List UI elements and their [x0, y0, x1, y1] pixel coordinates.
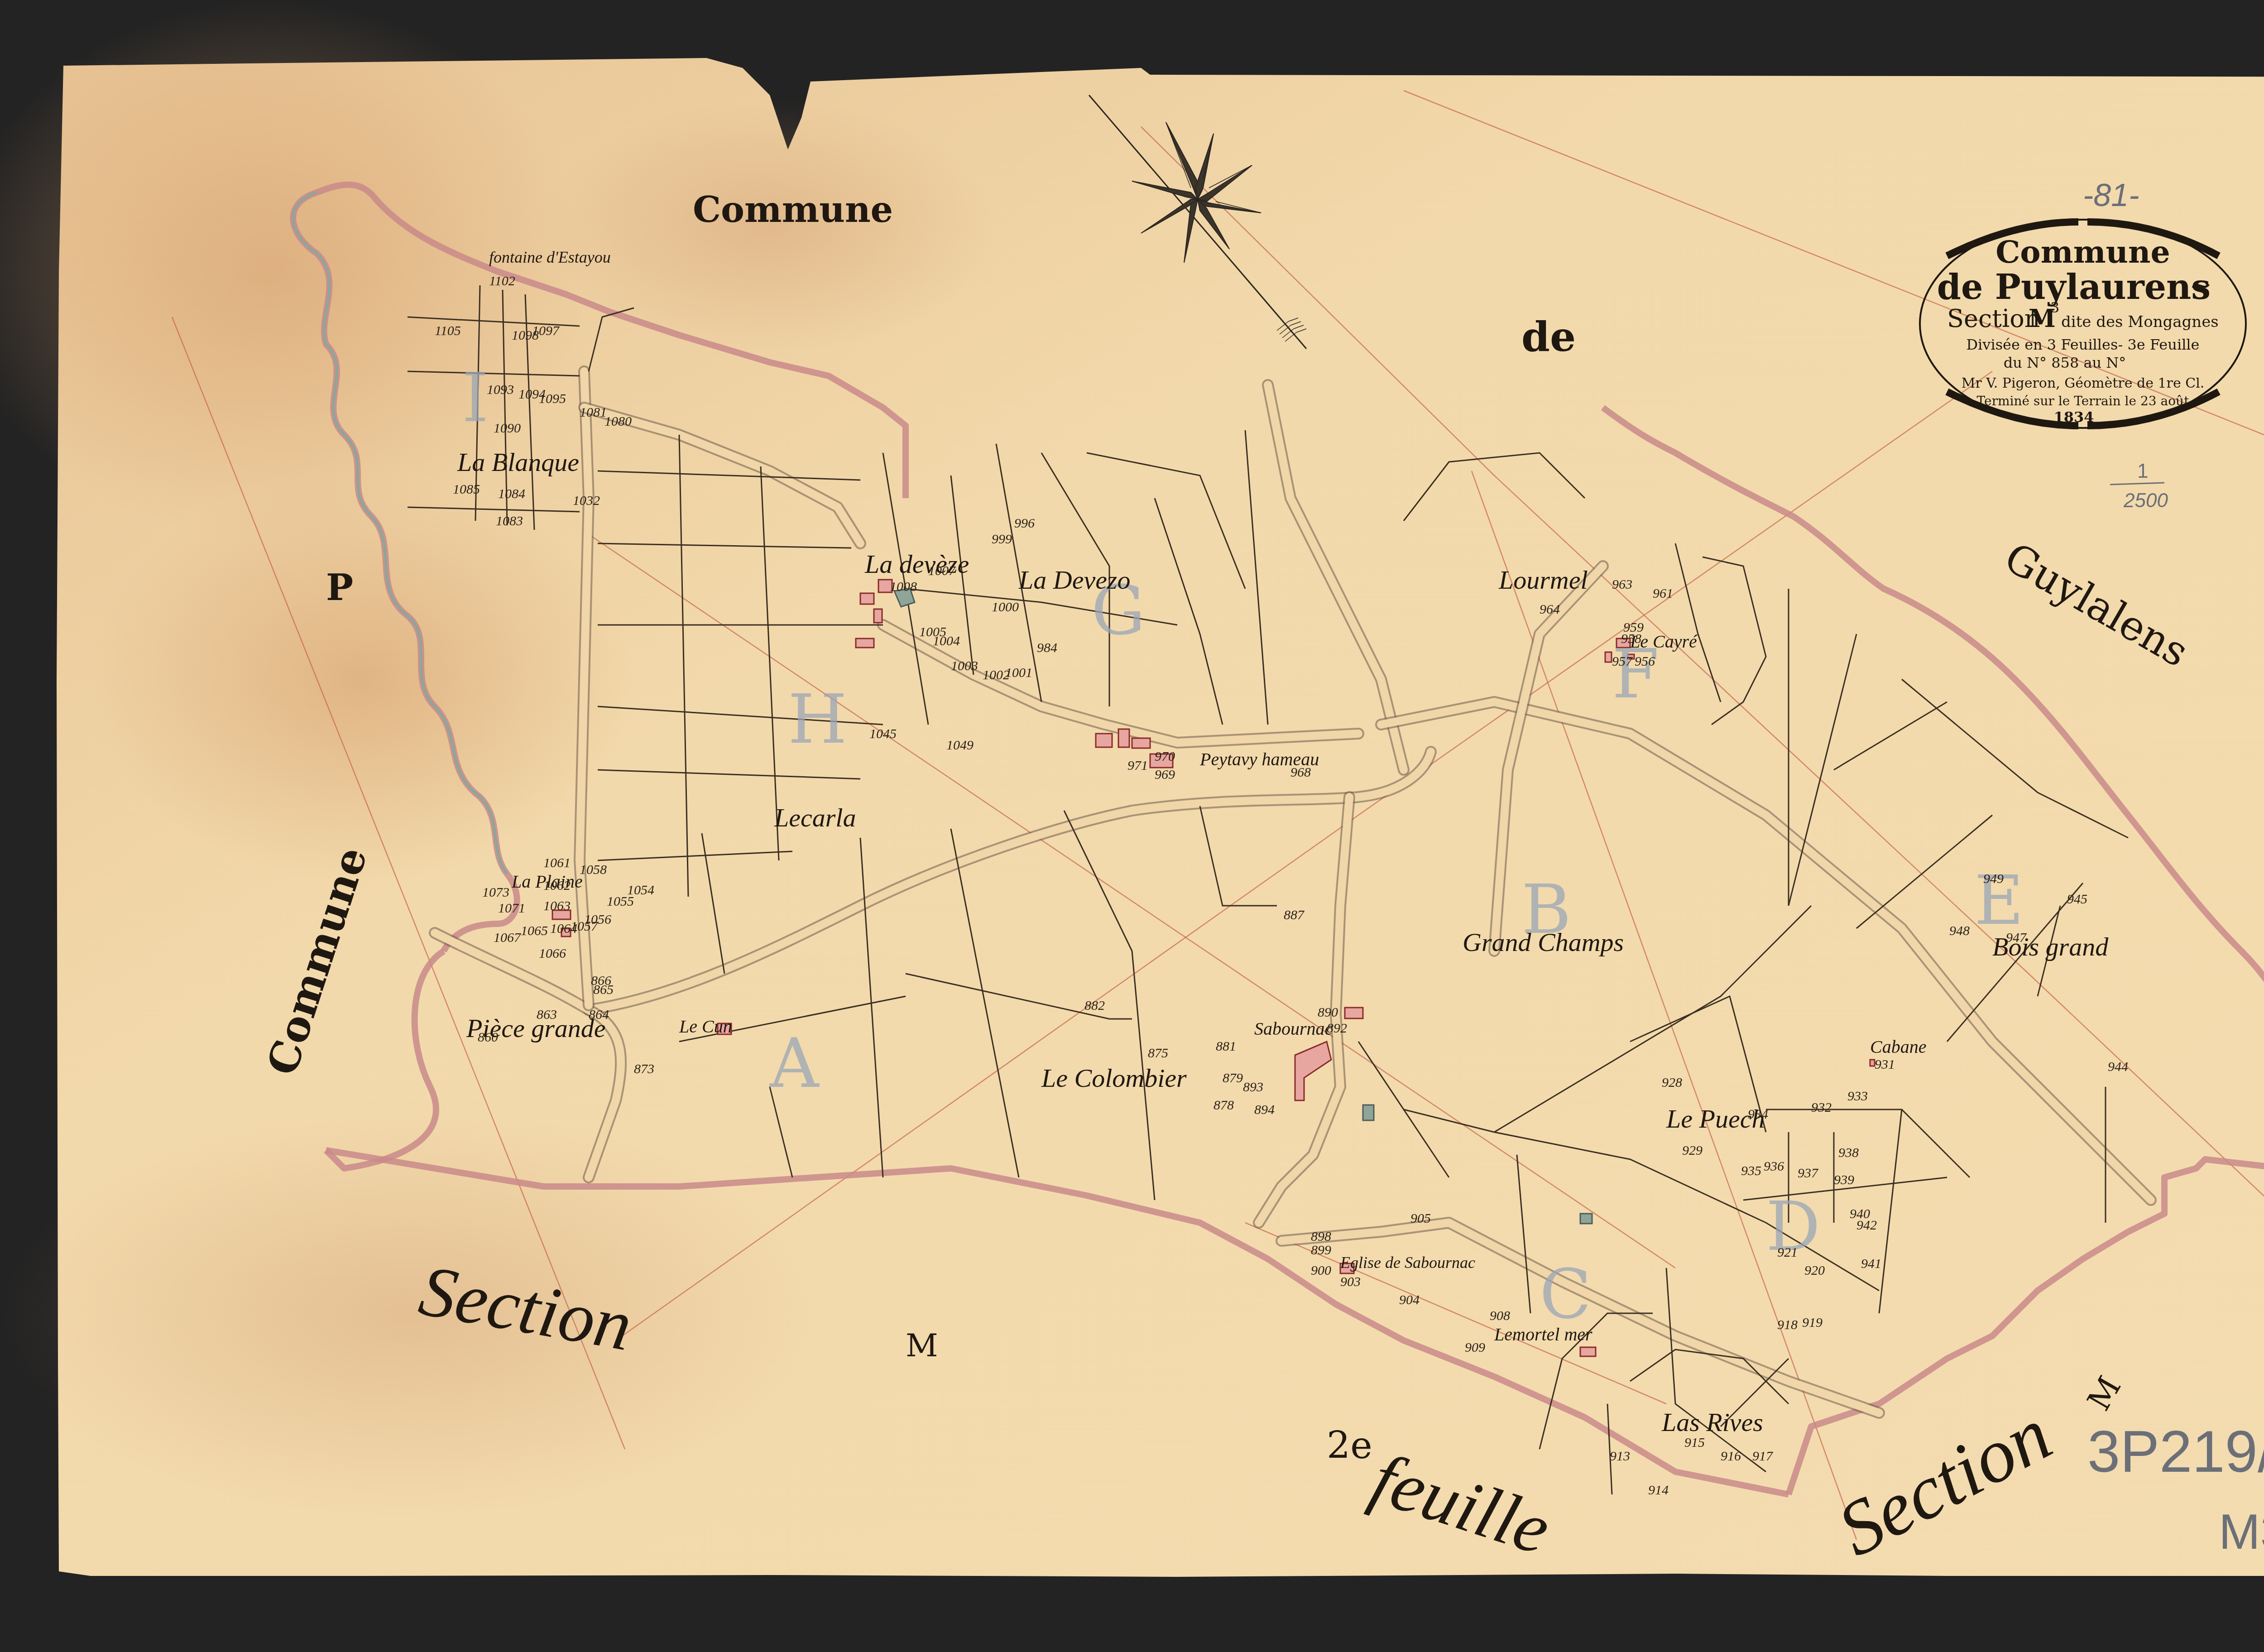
- parcel-number: 913: [1610, 1449, 1630, 1464]
- parcel-number: 920: [1804, 1263, 1825, 1278]
- parcel-number: 900: [1311, 1263, 1331, 1278]
- label-feuille-number: 2e: [1327, 1424, 1372, 1467]
- parcel-number: 945: [2067, 892, 2087, 907]
- parcel-number: 890: [1318, 1005, 1338, 1020]
- parcel-number: 917: [1752, 1449, 1774, 1464]
- parcel-number: 1054: [627, 883, 654, 898]
- place-name: Sabournac: [1254, 1018, 1333, 1039]
- parcel-number: 932: [1811, 1100, 1832, 1115]
- parcel-number: 879: [1223, 1071, 1243, 1085]
- parcel-number: 894: [1254, 1102, 1275, 1117]
- parcel-number: 933: [1847, 1089, 1868, 1104]
- corner-code: M3: [2219, 1504, 2264, 1560]
- parcel-number: 984: [1037, 640, 1057, 655]
- parcel-number: 898: [1311, 1229, 1331, 1244]
- parcel-number: 878: [1214, 1098, 1234, 1113]
- parcel-number: 1045: [869, 726, 897, 741]
- parcel-number: 1094: [518, 387, 546, 402]
- building: [1118, 729, 1129, 747]
- parcel-number: 1003: [951, 658, 978, 673]
- building: [874, 609, 882, 623]
- parcel-number: 921: [1777, 1245, 1798, 1260]
- pond: [1363, 1105, 1374, 1120]
- parcel-number: 1058: [580, 862, 607, 877]
- parcel-number: 1093: [487, 382, 514, 397]
- parcel-number: 1105: [435, 323, 461, 338]
- building: [1132, 738, 1150, 748]
- parcel-number: 863: [537, 1007, 557, 1022]
- parcel-number: 915: [1684, 1435, 1705, 1450]
- building: [1580, 1347, 1596, 1356]
- scale-denominator: 2500: [2123, 490, 2168, 512]
- parcel-number: 928: [1662, 1075, 1682, 1090]
- parcel-number: 905: [1410, 1211, 1431, 1226]
- parcel-number: 1090: [494, 421, 521, 436]
- parcel-number: 892: [1327, 1021, 1347, 1036]
- label-p: P: [326, 566, 353, 609]
- parcel-number: 1008: [890, 579, 917, 594]
- parcel-number: 1001: [1005, 665, 1032, 680]
- parcel-number: 919: [1802, 1315, 1823, 1330]
- parcel-number: 934: [1748, 1107, 1768, 1122]
- parcel-number: 893: [1243, 1080, 1263, 1095]
- parcel-number: 936: [1764, 1159, 1784, 1174]
- place-name: Grand Champs: [1463, 927, 1624, 957]
- cartouche-completed: Terminé sur le Terrain le 23 août: [1977, 394, 2190, 408]
- parcel-number: 1073: [482, 885, 509, 900]
- parcel-number: 875: [1148, 1046, 1168, 1061]
- parcel-number: 935: [1741, 1163, 1761, 1178]
- parcel-number: 1061: [543, 855, 571, 870]
- parcel-number: 909: [1465, 1340, 1485, 1355]
- parcel-number: 949: [1983, 871, 2004, 886]
- scale-numerator: 1: [2137, 460, 2148, 482]
- cartouche-section-prefix: Section: [1947, 304, 2040, 333]
- parcel-number: 1063: [543, 898, 571, 913]
- cartouche-section-sup: 3: [2050, 299, 2059, 316]
- parcel-number: 961: [1653, 586, 1673, 601]
- section-letter-c: C: [1540, 1255, 1592, 1334]
- parcel-number: 939: [1834, 1172, 1854, 1187]
- flourish-icon: ~: [2189, 269, 2212, 301]
- parcel-number: 1065: [521, 923, 548, 938]
- parcel-number: 956: [1635, 654, 1655, 669]
- stain: [91, 475, 634, 883]
- parcel-number: 957: [1612, 654, 1633, 669]
- cartouche-line2: de Puylaurens: [1937, 267, 2211, 307]
- place-name: La Blanque: [457, 447, 579, 477]
- shelfmark: 3P219/93: [2087, 1418, 2264, 1484]
- place-name: Lourmel: [1498, 565, 1588, 595]
- parcel-number: 918: [1777, 1317, 1798, 1332]
- place-name: Cabane: [1870, 1037, 1926, 1057]
- section-letter-a: A: [769, 1024, 820, 1103]
- parcel-number: 964: [1540, 602, 1560, 617]
- parcel-number: 1049: [946, 738, 974, 753]
- parcel-number: 1004: [933, 634, 960, 648]
- cartouche-surveyor: Mr V. Pigeron, Géomètre de 1re Cl.: [1962, 375, 2205, 391]
- parcel-number: 1102: [489, 274, 515, 288]
- parcel-number: 866: [591, 973, 611, 988]
- place-name: Lemortel mer: [1494, 1324, 1592, 1345]
- parcel-number: 942: [1856, 1218, 1877, 1233]
- parcel-number: 1084: [498, 486, 525, 501]
- cartouche-line1: Commune: [1995, 234, 2170, 270]
- parcel-number: 947: [2006, 930, 2027, 945]
- pond: [1580, 1214, 1592, 1224]
- building: [1345, 1008, 1363, 1018]
- parcel-number: 971: [1127, 758, 1148, 773]
- parcel-number: 903: [1340, 1274, 1361, 1289]
- parcel-number: 999: [992, 532, 1012, 547]
- place-name: La Devezo: [1018, 565, 1130, 595]
- parcel-number: 937: [1798, 1166, 1819, 1181]
- parcel-number: 1066: [539, 946, 566, 961]
- parcel-number: 970: [1155, 749, 1175, 764]
- parcel-number: 938: [1838, 1145, 1859, 1160]
- place-name: Le Cun: [679, 1016, 732, 1037]
- parcel-number: 914: [1648, 1483, 1669, 1498]
- parcel-number: 864: [589, 1007, 609, 1022]
- parcel-number: 916: [1721, 1449, 1741, 1464]
- cartouche-year: 1834: [2053, 408, 2094, 426]
- parcel-number: 1080: [604, 414, 632, 429]
- label-m-bottom-left: M: [906, 1327, 938, 1364]
- parcel-number: 1085: [453, 482, 480, 497]
- section-letter-i: I: [462, 359, 489, 437]
- building: [1605, 652, 1612, 662]
- parcel-number: 948: [1949, 923, 1970, 938]
- section-letter-h: H: [788, 680, 847, 759]
- parcel-number: 881: [1216, 1039, 1236, 1054]
- building: [856, 639, 874, 648]
- parcel-number: 899: [1311, 1243, 1331, 1258]
- parcel-number: 882: [1084, 998, 1105, 1013]
- cadastral-map: Commune de Guylalens Commune P Section M…: [0, 0, 2264, 1652]
- stain: [0, 1109, 815, 1517]
- building: [860, 593, 874, 604]
- parcel-number: 1067: [494, 930, 522, 945]
- cartouche-division: Divisée en 3 Feuilles- 3e Feuille: [1966, 336, 2199, 353]
- parcel-number: 887: [1284, 908, 1305, 922]
- parcel-number: 1097: [532, 323, 560, 338]
- cartouche-numbers: du N° 858 au N°: [2004, 354, 2126, 371]
- parcel-number: 1056: [584, 912, 611, 927]
- cabane-building: [1870, 1060, 1875, 1066]
- place-name: fontaine d'Estayou: [489, 248, 611, 266]
- parcel-number: 1032: [573, 493, 600, 508]
- parcel-number: 944: [2108, 1059, 2128, 1074]
- label-de: de: [1521, 313, 1576, 361]
- parcel-number: 969: [1155, 767, 1175, 782]
- label-commune-top: Commune: [693, 189, 893, 231]
- parcel-number: 968: [1290, 765, 1311, 780]
- parcel-number: 1081: [580, 405, 607, 420]
- parcel-number: 958: [1621, 631, 1641, 646]
- sheet-number: -81-: [2083, 178, 2139, 213]
- place-name: Eglise de Sabournac: [1340, 1253, 1475, 1272]
- place-name: Le Colombier: [1041, 1063, 1187, 1093]
- cartouche-section-name: dite des Mongagnes: [2061, 313, 2219, 331]
- building: [1096, 734, 1112, 747]
- parcel-number: 860: [478, 1030, 498, 1045]
- parcel-number: 929: [1682, 1143, 1703, 1158]
- parcel-number: 904: [1399, 1292, 1420, 1307]
- parcel-number: 941: [1861, 1256, 1881, 1271]
- parcel-number: 1062: [543, 878, 571, 893]
- place-name: Las Rives: [1661, 1407, 1763, 1437]
- parcel-number: 1007: [928, 563, 956, 578]
- place-name: Lecarla: [774, 803, 856, 832]
- parcel-number: 908: [1490, 1308, 1510, 1323]
- parcel-number: 996: [1014, 516, 1035, 531]
- parcel-number: 1083: [496, 514, 523, 528]
- parcel-number: 1000: [992, 600, 1019, 615]
- parcel-number: 873: [634, 1061, 654, 1076]
- parcel-number: 963: [1612, 577, 1632, 592]
- parcel-number: 931: [1875, 1057, 1895, 1072]
- parcel-number: 1071: [498, 901, 525, 916]
